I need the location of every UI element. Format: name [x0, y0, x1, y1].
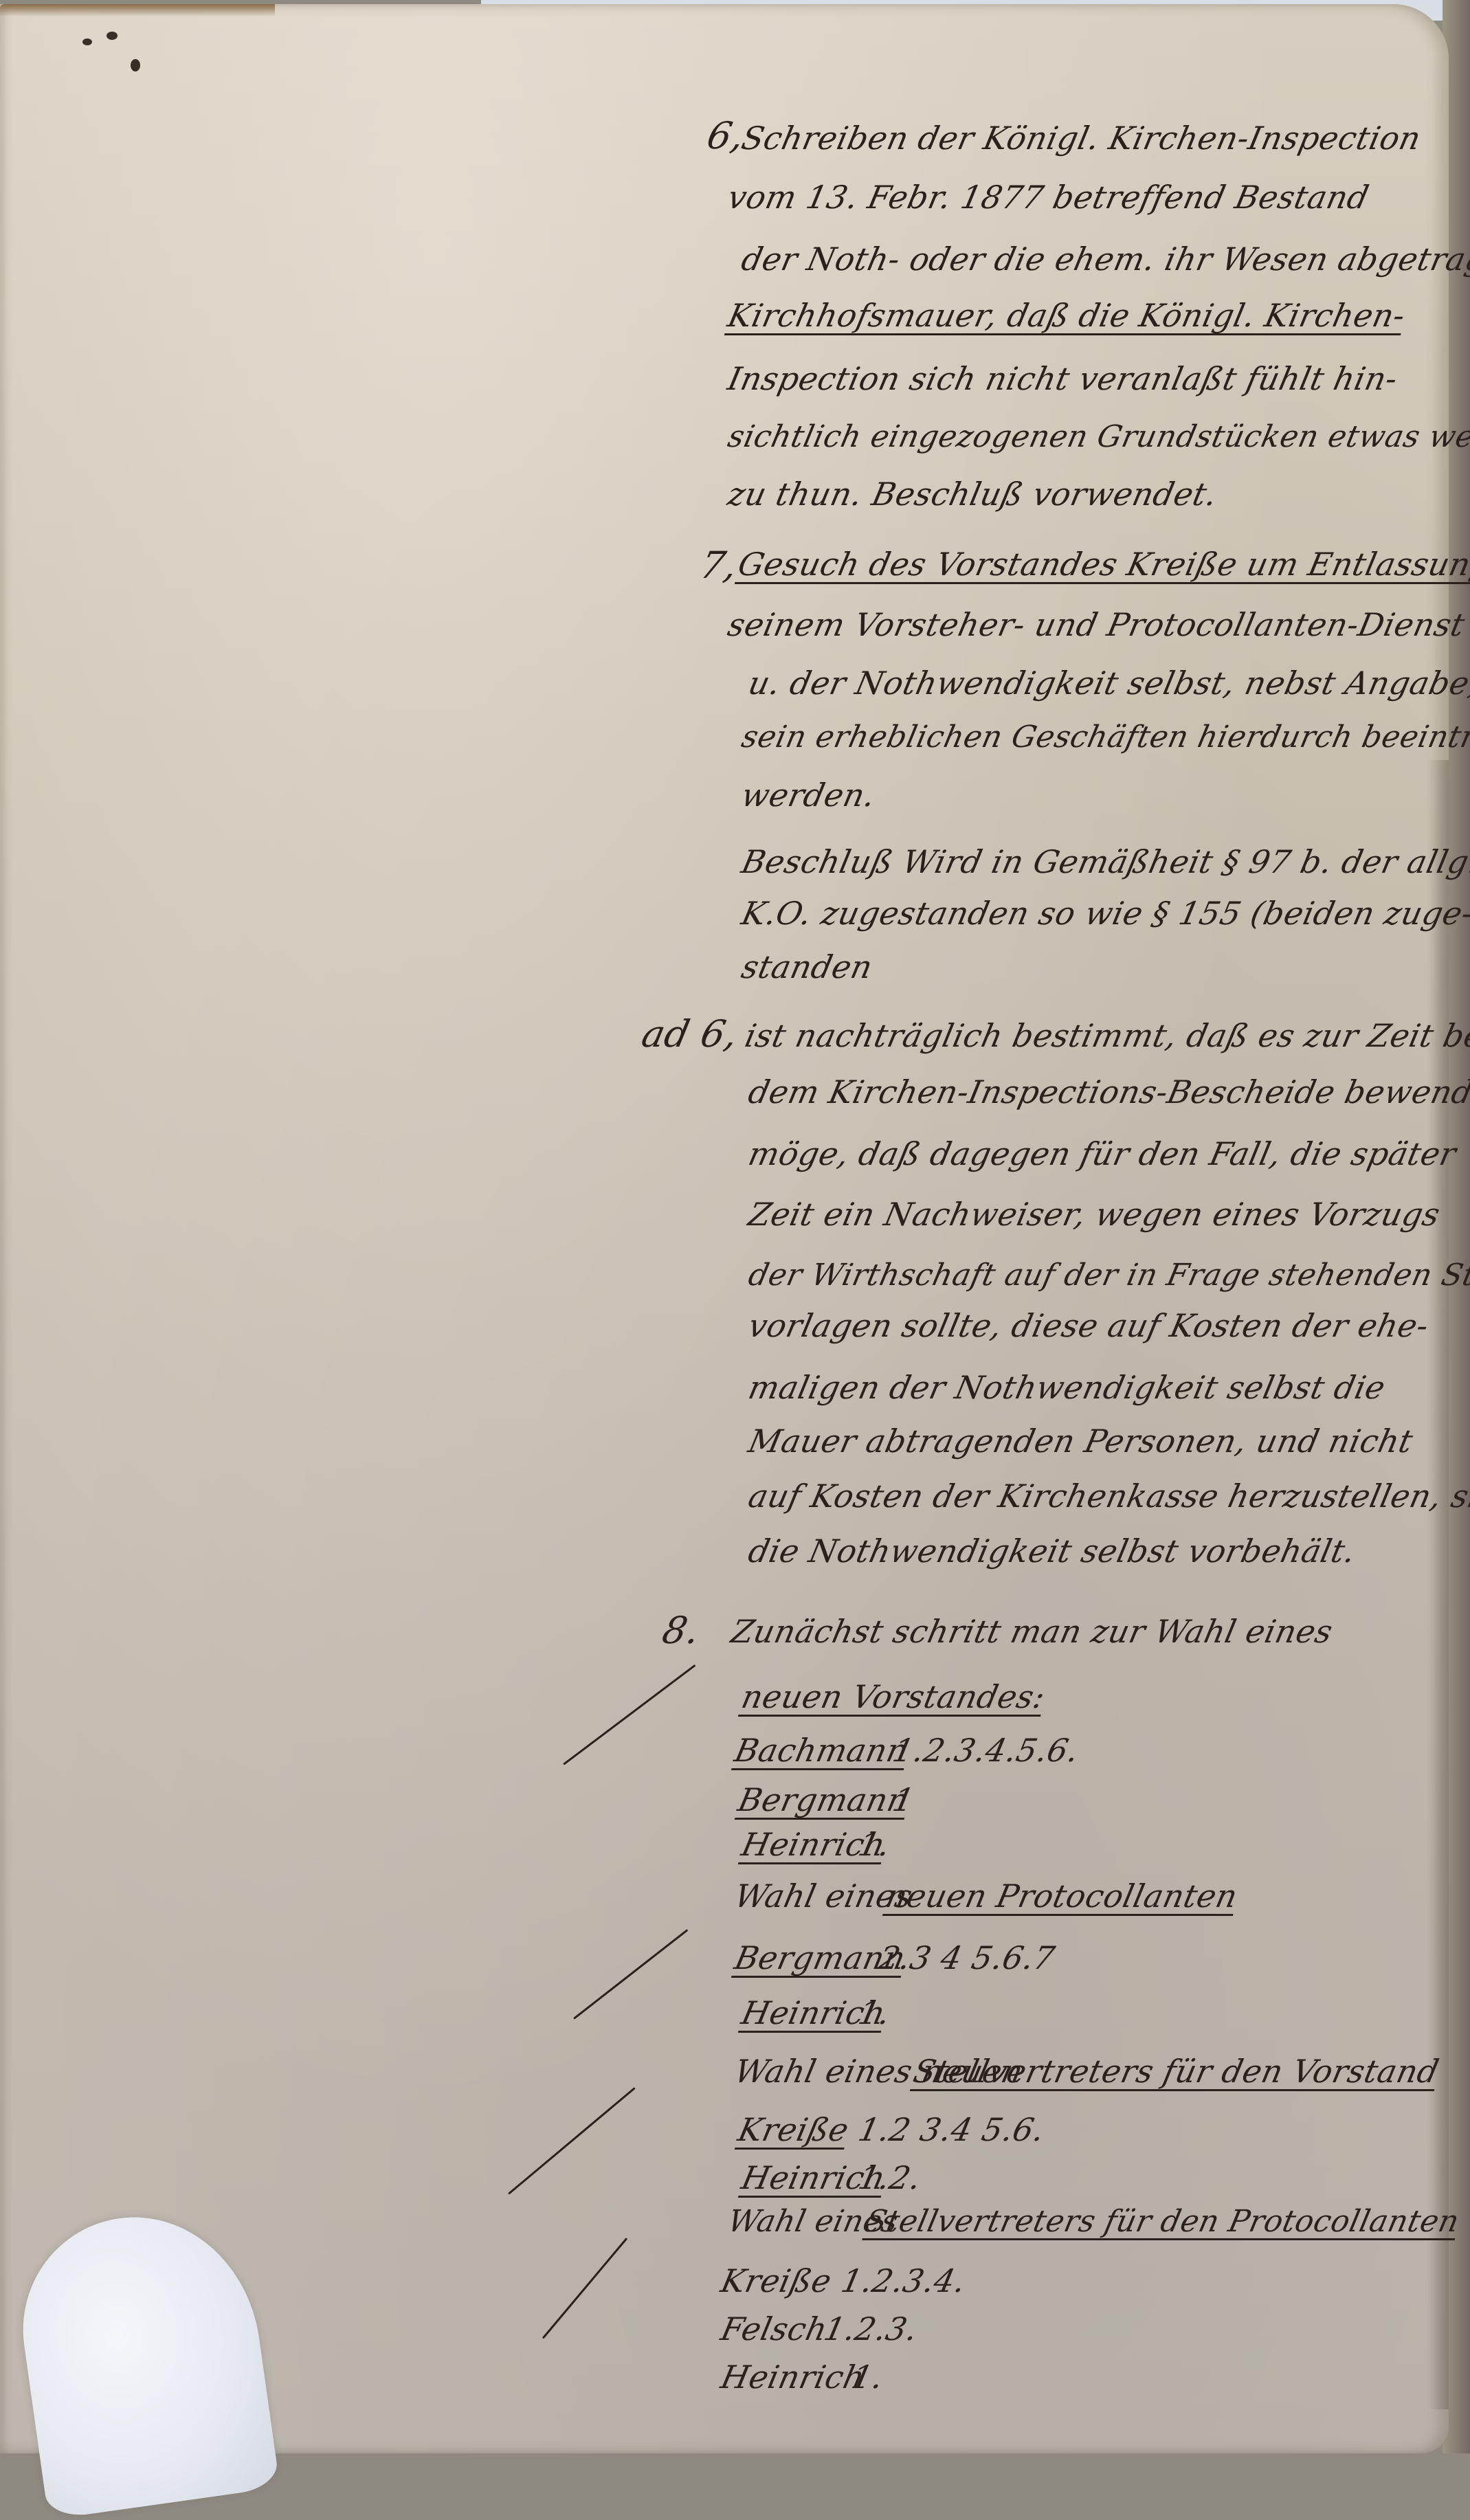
text-line: die Nothwendigkeit selbst vorbehält.: [746, 1535, 1358, 1567]
ink-speck: [131, 59, 140, 71]
ink-speck: [82, 38, 92, 45]
text-line: vorlagen sollte, diese auf Kosten der eh…: [746, 1310, 1432, 1341]
text-line: ist nachträglich bestimmt, daß es zur Ze…: [742, 1020, 1470, 1051]
vote-tally: 1.: [856, 1829, 893, 1860]
vote-tally: 1.2.3.4.: [838, 2265, 968, 2297]
text-line: der Wirthschaft auf der in Frage stehend…: [746, 1260, 1470, 1291]
candidate-name: Heinrich: [718, 2361, 868, 2393]
election-title-underlined: Stellvertreters für den Vorstand: [911, 2055, 1442, 2087]
election-title-underlined: Stellvertreters für den Protocollanten: [862, 2207, 1462, 2237]
text-line: maligen der Nothwendigkeit selbst die: [746, 1372, 1388, 1403]
margin-tick-icon: [563, 1664, 695, 1765]
vote-tally: 1.: [856, 1997, 893, 2029]
item-number: 7,: [697, 547, 741, 584]
candidate-name: Bachmann: [732, 1735, 911, 1766]
ink-speck: [107, 32, 118, 40]
vote-tally: 2.3 4 5.6.7: [876, 1942, 1058, 1974]
vote-tally: 1.2.: [856, 2162, 924, 2194]
text-line: Inspection sich nicht veranlaßt fühlt hi…: [725, 363, 1401, 394]
candidate-name: Kreiße: [735, 2114, 851, 2145]
resolution-line: standen: [739, 951, 876, 983]
vote-tally: 1.: [849, 2361, 887, 2393]
text-line: sein erheblichen Geschäften hierdurch be…: [739, 722, 1470, 752]
text-line: zu thun. Beschluß vorwendet.: [725, 478, 1220, 510]
text-line: Zunächst schritt man zur Wahl eines: [728, 1616, 1335, 1647]
text-line: dem Kirchen-Inspections-Bescheide bewend…: [746, 1076, 1470, 1108]
text-line: u. der Nothwendigkeit selbst, nebst Anga…: [746, 667, 1470, 699]
margin-tick-icon: [508, 2087, 636, 2195]
vote-tally: 1.2 3.4 5.6.: [856, 2114, 1047, 2145]
text-line: seinem Vorsteher- und Protocollanten-Die…: [725, 609, 1467, 640]
election-heading: neuen Vorstandes:: [739, 1681, 1048, 1713]
text-line: möge, daß dagegen für den Fall, die spät…: [746, 1138, 1459, 1170]
text-line: Kirchhofsmauer, daß die Königl. Kirchen-: [725, 300, 1408, 331]
text-line: Schreiben der Königl. Kirchen-Inspection: [739, 122, 1424, 154]
vote-tally: 1.2.3.: [821, 2313, 920, 2345]
candidate-name: Felsch: [718, 2313, 830, 2345]
margin-tick-icon: [573, 1929, 688, 2020]
text-line: vom 13. Febr. 1877 betreffend Bestand: [725, 181, 1372, 213]
text-line: sichtlich eingezogenen Grundstücken etwa…: [725, 422, 1470, 452]
vote-tally: 1.2.3.4.5.6.: [890, 1735, 1082, 1766]
resolution-line: K.O. zugestanden so wie § 155 (beiden zu…: [739, 897, 1470, 929]
page-worn-edge: [0, 4, 275, 16]
resolution-line: Beschluß Wird in Gemäßheit § 97 b. der a…: [739, 846, 1470, 878]
photo-frame: 6, Schreiben der Königl. Kirchen-Inspect…: [0, 0, 1470, 2453]
text-line: Mauer abtragenden Personen, und nicht: [746, 1425, 1416, 1457]
margin-tick-icon: [542, 2238, 627, 2339]
text-line: der Noth- oder die ehem. ihr Wesen abget…: [739, 243, 1470, 275]
manuscript-page: 6, Schreiben der Königl. Kirchen-Inspect…: [0, 4, 1449, 2453]
text-line: werden.: [739, 779, 878, 811]
item-number: 8.: [659, 1612, 703, 1649]
candidate-name: Bergmann: [735, 1784, 912, 1816]
item-number: ad 6,: [638, 1016, 741, 1053]
text-line: auf Kosten der Kirchenkasse herzustellen…: [746, 1480, 1470, 1512]
election-title-underlined: neuen Protocollanten: [883, 1880, 1240, 1912]
page-fold-shadow: [1428, 760, 1449, 2409]
candidate-name: Kreiße: [718, 2265, 834, 2297]
text-line: Zeit ein Nachweiser, wegen eines Vorzugs: [746, 1198, 1443, 1230]
text-line: Gesuch des Vorstandes Kreiße um Entlassu…: [735, 548, 1470, 580]
